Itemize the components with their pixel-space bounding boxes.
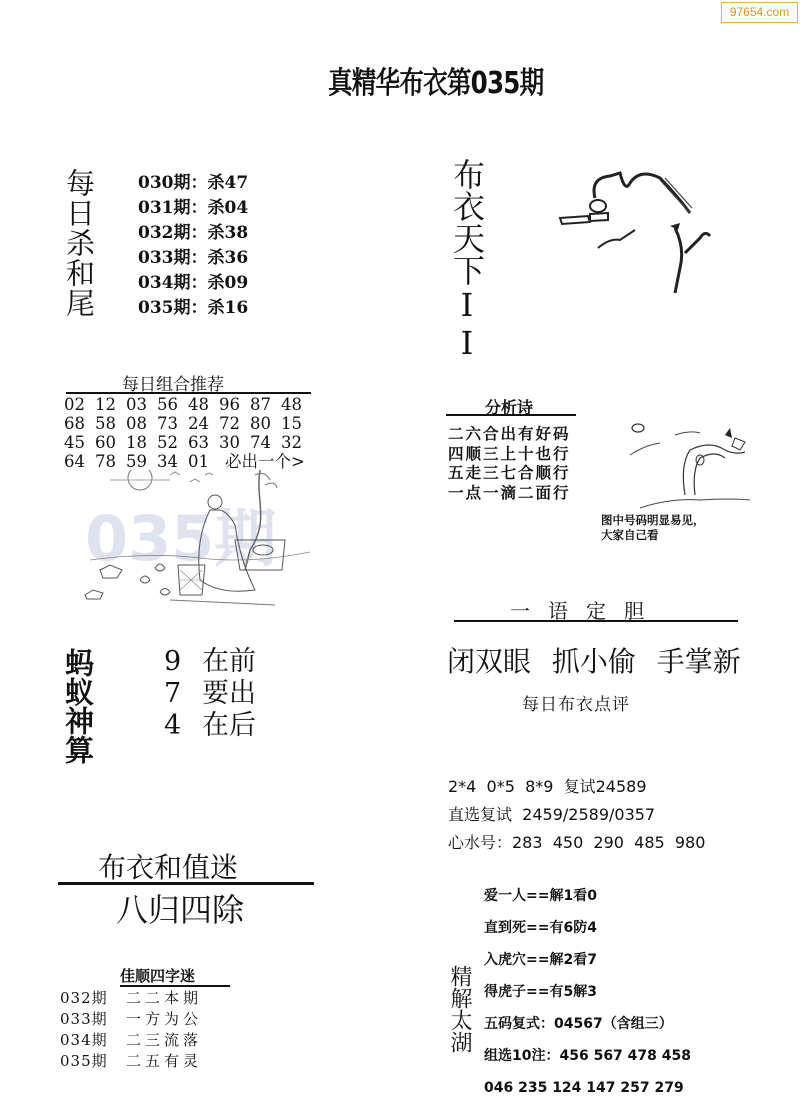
kill-item: 033期：杀36: [138, 246, 248, 271]
riddle-text: 二五有灵: [126, 1051, 202, 1072]
divider: [454, 620, 738, 622]
jing-jie-line: 组选10注：456 567 478 458: [484, 1040, 691, 1072]
combo-cell: 02: [64, 395, 95, 414]
ant-calc-number: 4: [164, 710, 202, 742]
four-char-riddle-title: 佳顺四字迷: [120, 965, 195, 986]
combo-cell: 78: [95, 452, 126, 471]
ant-calc-number: 7: [164, 678, 202, 710]
combo-cell: 74: [250, 433, 281, 452]
jing-jie-line: 直到死==有6防4: [484, 912, 691, 944]
caption-line: 图中号码明显易见，: [601, 513, 705, 528]
combo-cell: 80: [250, 414, 281, 433]
combo-cell: 52: [157, 433, 188, 452]
combo-cell: 08: [126, 414, 157, 433]
poem-line: 一点一滴二面行: [448, 483, 571, 503]
daily-kill-label: 每日杀和尾: [64, 168, 94, 318]
monk-illustration: 035期: [70, 470, 315, 610]
combo-cell: 03: [126, 395, 157, 414]
combo-cell: 72: [219, 414, 250, 433]
ant-calc-text: 要出: [202, 678, 256, 710]
divider: [120, 985, 230, 987]
divider: [446, 414, 576, 416]
combo-row: 02 12 03 56 48 96 87 48: [64, 395, 312, 414]
ant-calc-label: 蚂蚁神算: [62, 648, 93, 764]
combo-cell: 24: [188, 414, 219, 433]
illustration-watermark-text: 035期: [85, 502, 276, 575]
combo-cell: 48: [281, 395, 312, 414]
landscape-illustration: [550, 168, 720, 308]
poem-line: 五走三七合顺行: [448, 463, 571, 483]
jing-jie-line: 爱一人==解1看0: [484, 880, 691, 912]
riddle-text: 二二本期: [126, 988, 202, 1009]
ant-calc-row: 9在前: [164, 646, 256, 678]
riddle-row: 035期二五有灵: [60, 1051, 202, 1072]
four-char-riddle-rows: 032期二二本期 033期一方为公 034期二三流落 035期二五有灵: [60, 988, 202, 1072]
pick-line: 心水号：283 450 290 485 980: [448, 829, 705, 857]
site-watermark: 97654.com: [721, 2, 798, 23]
buyi-riddle-answer: 八归四除: [116, 885, 244, 931]
poem-line: 二六合出有好码: [448, 424, 571, 444]
kill-item: 031期：杀04: [138, 196, 248, 221]
combo-cell: 59: [126, 452, 157, 471]
combo-cell: 34: [157, 452, 188, 471]
combo-cell: 60: [95, 433, 126, 452]
riddle-row: 033期一方为公: [60, 1009, 202, 1030]
jing-jie-line: 得虎子==有5解3: [484, 976, 691, 1008]
riddle-period: 033期: [60, 1009, 126, 1030]
pick-line: 直选复试 2459/2589/0357: [448, 801, 705, 829]
combo-note: 必出一个>: [225, 452, 305, 471]
pick-line: 2*4 0*5 8*9 复试24589: [448, 773, 705, 801]
combo-row: 45 60 18 52 63 30 74 32: [64, 433, 312, 452]
one-phrase-text: 闭双眼 抓小偷 手掌新: [447, 640, 741, 680]
combo-cell: 32: [281, 433, 312, 452]
combo-cell: 48: [188, 395, 219, 414]
poem-line: 四顺三上十也行: [448, 444, 571, 464]
combo-cell: 01: [188, 452, 219, 471]
combo-cell: 56: [157, 395, 188, 414]
kill-item: 034期：杀09: [138, 271, 248, 296]
combo-cell: 63: [188, 433, 219, 452]
jing-jie-label: 精解太湖: [447, 965, 472, 1053]
riddle-period: 035期: [60, 1051, 126, 1072]
riddle-text: 二三流落: [126, 1030, 202, 1051]
ant-calc-row: 7要出: [164, 678, 256, 710]
page-title: 真精华布衣第035期: [328, 58, 543, 102]
ant-calc-number: 9: [164, 646, 202, 678]
combo-cell: 68: [64, 414, 95, 433]
combo-cell: 30: [219, 433, 250, 452]
jing-jie-lines: 爱一人==解1看0 直到死==有6防4 入虎穴==解2看7 得虎子==有5解3 …: [484, 880, 691, 1104]
jing-jie-line: 入虎穴==解2看7: [484, 944, 691, 976]
combo-row: 64 78 59 34 01 必出一个>: [64, 452, 312, 471]
analysis-poem-lines: 二六合出有好码 四顺三上十也行 五走三七合顺行 一点一滴二面行: [448, 424, 571, 502]
kill-item: 032期：杀38: [138, 221, 248, 246]
jing-jie-line: 046 235 124 147 257 279: [484, 1072, 691, 1104]
analysis-poem-caption: 图中号码明显易见， 大家自己看: [601, 513, 705, 543]
combo-cell: 18: [126, 433, 157, 452]
kill-item: 030期：杀47: [138, 171, 248, 196]
tree-illustration: [600, 400, 760, 510]
picks-lines: 2*4 0*5 8*9 复试24589 直选复试 2459/2589/0357 …: [448, 773, 705, 857]
jing-jie-line: 五码复式：04567（含组三）: [484, 1008, 691, 1040]
riddle-period: 034期: [60, 1030, 126, 1051]
ant-calc-row: 4在后: [164, 710, 256, 742]
combo-cell: 12: [95, 395, 126, 414]
buyi-world-label: 布衣天下II: [448, 158, 486, 362]
combo-cell: 64: [64, 452, 95, 471]
riddle-period: 032期: [60, 988, 126, 1009]
kill-item: 035期：杀16: [138, 296, 248, 321]
ant-calc-text: 在前: [202, 646, 256, 678]
daily-review-subtitle: 每日布衣点评: [522, 690, 630, 715]
combo-cell: 87: [250, 395, 281, 414]
ant-calc-rows: 9在前 7要出 4在后: [164, 646, 256, 742]
caption-line: 大家自己看: [601, 528, 705, 543]
combo-cell: 58: [95, 414, 126, 433]
riddle-row: 032期二二本期: [60, 988, 202, 1009]
daily-kill-list: 030期：杀47 031期：杀04 032期：杀38 033期：杀36 034期…: [138, 171, 248, 321]
combo-cell: 15: [281, 414, 312, 433]
riddle-row: 034期二三流落: [60, 1030, 202, 1051]
combo-cell: 73: [157, 414, 188, 433]
ant-calc-text: 在后: [202, 710, 256, 742]
divider: [66, 392, 311, 394]
riddle-text: 一方为公: [126, 1009, 202, 1030]
combo-cell: 45: [64, 433, 95, 452]
daily-combo-grid: 02 12 03 56 48 96 87 48 68 58 08 73 24 7…: [64, 395, 312, 471]
combo-row: 68 58 08 73 24 72 80 15: [64, 414, 312, 433]
buyi-riddle-title: 布衣和值迷: [98, 846, 238, 886]
combo-cell: 96: [219, 395, 250, 414]
